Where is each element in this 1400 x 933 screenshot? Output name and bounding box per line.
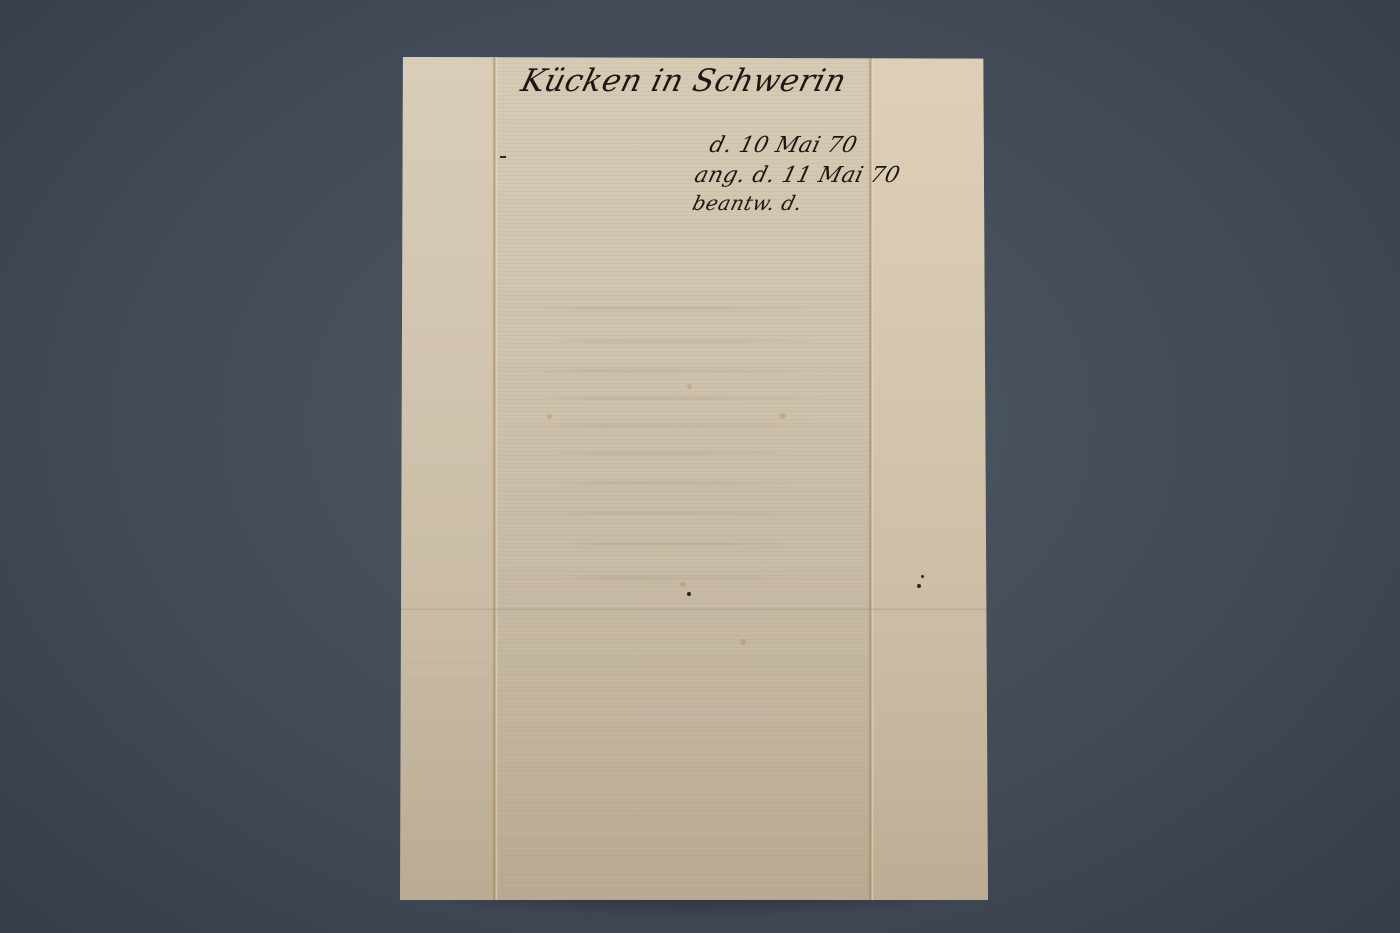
- bleed-through-line: [550, 340, 820, 342]
- ink-speck: [687, 592, 691, 596]
- bleed-through-line: [550, 512, 810, 514]
- date-received-annotation: ang. d. 11 Mai 70: [692, 163, 903, 188]
- bleed-through-line: [560, 482, 790, 484]
- ink-mark: [500, 156, 506, 158]
- left-vertical-fold: [492, 57, 498, 900]
- ink-speck: [921, 575, 924, 578]
- bleed-through-line: [550, 452, 800, 454]
- bleed-through-line: [560, 577, 800, 579]
- date-written-annotation: d. 10 Mai 70: [707, 133, 860, 158]
- bleed-through-line: [535, 425, 835, 427]
- foxing-stain: [547, 414, 552, 419]
- bleed-through-line: [520, 370, 840, 372]
- bleed-through-line: [570, 543, 790, 545]
- bleed-through-line: [540, 397, 830, 399]
- letter-page: Kücken in Schwerin d. 10 Mai 70 ang. d. …: [400, 57, 988, 900]
- ink-speck: [917, 584, 921, 588]
- left-fold-panel: [400, 57, 497, 900]
- horizontal-fold: [400, 608, 988, 611]
- sender-name-annotation: Kücken in Schwerin: [518, 63, 851, 99]
- foxing-stain: [687, 384, 692, 389]
- bleed-through-line: [530, 307, 830, 309]
- foxing-stain: [780, 413, 786, 419]
- foxing-stain: [740, 639, 746, 645]
- foxing-stain: [680, 582, 686, 587]
- answered-annotation: beantw. d.: [690, 191, 805, 215]
